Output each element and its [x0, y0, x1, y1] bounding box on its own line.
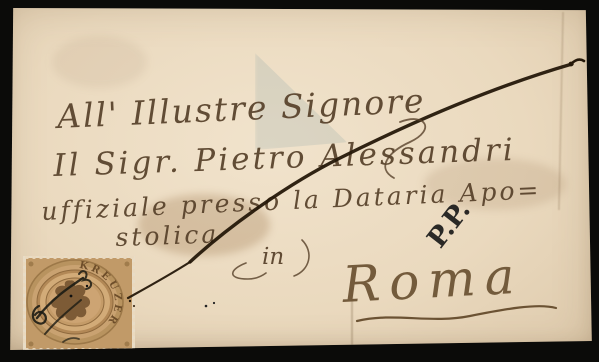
envelope: All' Illustre Signore Il Sigr. Pietro Al…	[0, 0, 599, 362]
postage-stamp: KREUZER	[23, 256, 135, 351]
address-line-4: stolica	[115, 219, 220, 252]
address-line-in: in	[262, 244, 284, 270]
ink-specks	[205, 302, 215, 307]
photo-frame: All' Illustre Signore Il Sigr. Pietro Al…	[0, 0, 599, 362]
stain	[52, 36, 147, 88]
address-line-roma: Roma	[341, 247, 525, 314]
address-line-1: All' Illustre Signore	[56, 81, 426, 136]
pp-handstamp-text: P.P.	[421, 195, 477, 254]
pp-handstamp: P.P.	[416, 192, 482, 256]
